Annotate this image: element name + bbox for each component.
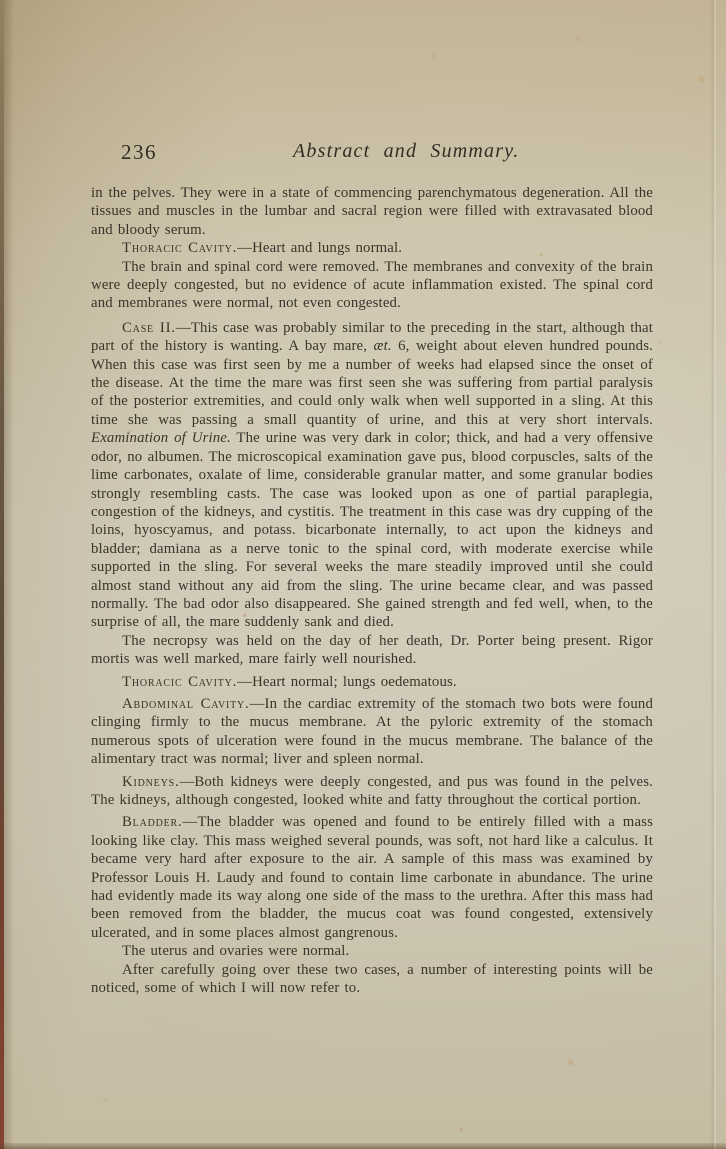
paragraph-text: in the pelves. They were in a state of c… (91, 185, 653, 238)
page-binding-shadow (4, 0, 14, 1149)
scanned-book-page: 236 Abstract and Summary. in the pelves.… (0, 0, 726, 1149)
paragraph-text: —Heart and lungs normal. (237, 240, 402, 256)
paragraph-uterus-ovaries: The uterus and ovaries were normal. (91, 942, 653, 960)
page-right-crease (714, 0, 716, 1149)
paragraph-necropsy: The necropsy was held on the day of her … (91, 632, 653, 669)
section-label-abdominal-cavity: Abdominal Cavity. (122, 696, 250, 712)
paragraph-text: The necropsy was held on the day of her … (91, 633, 653, 667)
section-label-thoracic-cavity: Thoracic Cavity. (122, 674, 237, 690)
paragraph-text: After carefully going over these two cas… (91, 962, 653, 996)
paragraph-text: The uterus and ovaries were normal. (122, 943, 349, 959)
section-label-case-ii: Case II. (122, 320, 176, 336)
section-label-thoracic-cavity: Thoracic Cavity. (122, 240, 237, 256)
italic-phrase-aet: æt. (374, 338, 392, 354)
page-bottom-edge (0, 1143, 726, 1149)
paragraph-kidneys: Kidneys.—Both kidneys were deeply conges… (91, 773, 653, 810)
paragraph-brain-spinal-cord: The brain and spinal cord were removed. … (91, 258, 653, 313)
section-label-bladder: Bladder. (122, 814, 183, 830)
paragraph-abdominal-cavity: Abdominal Cavity.—In the cardiac extremi… (91, 695, 653, 769)
page-text-block: in the pelves. They were in a state of c… (91, 184, 653, 997)
page-number: 236 (121, 140, 157, 165)
paragraph-continuation: in the pelves. They were in a state of c… (91, 184, 653, 239)
paragraph-closing: After carefully going over these two cas… (91, 961, 653, 998)
paragraph-thoracic-cavity-2: Thoracic Cavity.—Heart normal; lungs oed… (91, 673, 653, 691)
paragraph-text: —The bladder was opened and found to be … (91, 814, 653, 940)
paragraph-case-ii: Case II.—This case was probably similar … (91, 319, 653, 632)
paragraph-text: The urine was very dark in color; thick,… (91, 430, 653, 630)
running-header: 236 Abstract and Summary. (0, 140, 726, 170)
paragraph-thoracic-cavity-1: Thoracic Cavity.—Heart and lungs normal. (91, 239, 653, 257)
running-title: Abstract and Summary. (293, 140, 519, 163)
paragraph-bladder: Bladder.—The bladder was opened and foun… (91, 813, 653, 942)
italic-phrase-examination-of-urine: Examination of Urine. (91, 430, 231, 446)
paragraph-text: —Heart normal; lungs oedematous. (237, 674, 457, 690)
paragraph-text: The brain and spinal cord were removed. … (91, 259, 653, 312)
section-label-kidneys: Kidneys. (122, 774, 179, 790)
paper-foxing-specks (0, 0, 3, 3)
